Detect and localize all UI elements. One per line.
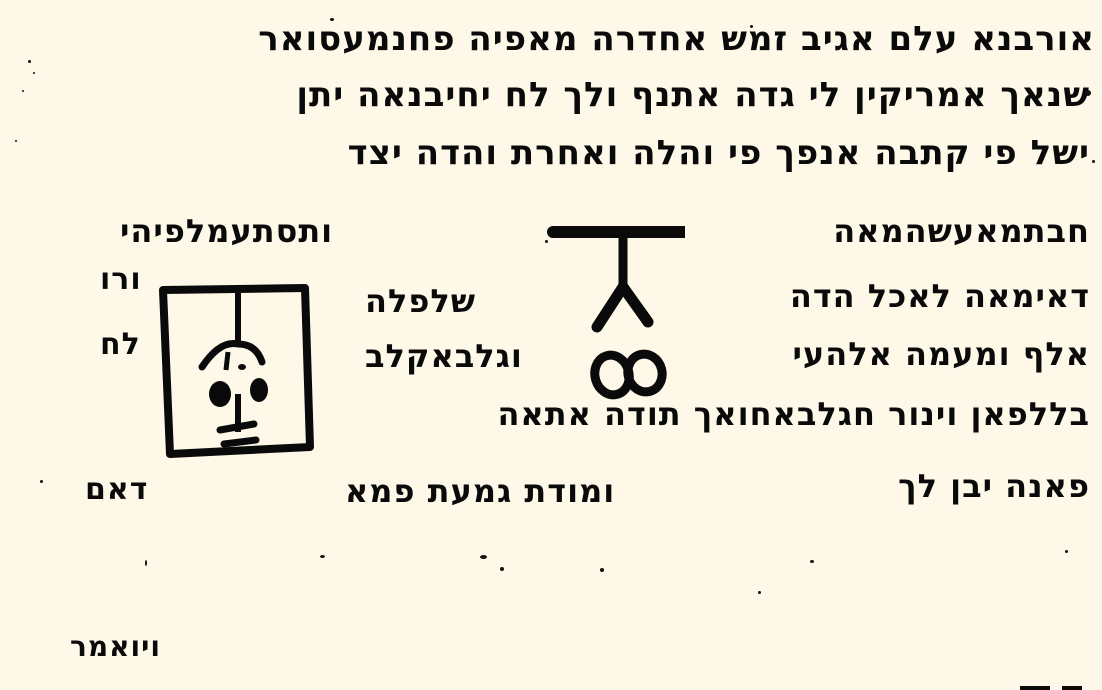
ink-speck — [600, 568, 604, 572]
ink-speck — [40, 480, 43, 483]
corner-mark — [1062, 686, 1082, 690]
text-line-1: אורבנא עלם אגיב זמש אחדרה מאפיה פחנמעסוא… — [95, 22, 1095, 56]
text-line-3: ישל פי קתבה אנפך פי והלה ואחרת והדה יצד — [100, 136, 1090, 170]
text-line-4-right: חבתמאעשהמאה — [833, 215, 1090, 247]
ink-speck — [33, 72, 35, 74]
corner-mark — [1020, 686, 1050, 690]
ink-speck — [1065, 550, 1068, 553]
ink-speck — [320, 555, 325, 558]
ink-speck — [758, 591, 761, 594]
ink-speck — [1085, 90, 1091, 96]
text-line-6-margin: לח — [100, 330, 141, 360]
catchword: ויואמר — [70, 633, 161, 661]
double-loop-glyph — [590, 343, 670, 403]
hanging-figure-drawing — [545, 215, 685, 335]
ink-speck — [1092, 160, 1095, 163]
ink-speck — [500, 567, 504, 571]
text-line-6-right: אלף ומעמה אלהעי — [793, 338, 1091, 370]
ink-speck — [750, 25, 753, 28]
text-line-2: שנאך אמריקין לי גדה אתנף ולך לח יחיבנאה … — [100, 78, 1090, 112]
manuscript-page: אורבנא עלם אגיב זמש אחדרה מאפיה פחנמעסוא… — [0, 0, 1102, 690]
text-line-7: בללפאן וינור חגלבאחואך תודה אתאה — [497, 398, 1090, 430]
ink-speck — [15, 140, 17, 142]
ink-speck — [810, 560, 814, 563]
text-line-8-right: פאנה יבן לך — [898, 470, 1090, 502]
text-line-5-margin: ורו — [100, 265, 142, 295]
text-line-6-middle: וגלבאקלב — [365, 340, 523, 372]
boxed-face-drawing — [150, 282, 325, 472]
ink-speck — [22, 90, 24, 92]
ink-speck — [28, 60, 31, 63]
text-line-4-left: ותסתעמלפיהי — [120, 215, 333, 247]
ink-speck — [145, 560, 147, 566]
text-line-8-margin: דאם — [85, 475, 148, 505]
ink-speck — [330, 18, 334, 21]
ink-speck — [480, 555, 487, 559]
ink-speck — [545, 240, 548, 243]
text-line-5-right: דאימאה לאכל הדה — [790, 280, 1090, 312]
text-line-5-middle: שלפלה — [365, 285, 476, 317]
text-line-8-middle: ומודת גמעת פמא — [345, 475, 615, 507]
